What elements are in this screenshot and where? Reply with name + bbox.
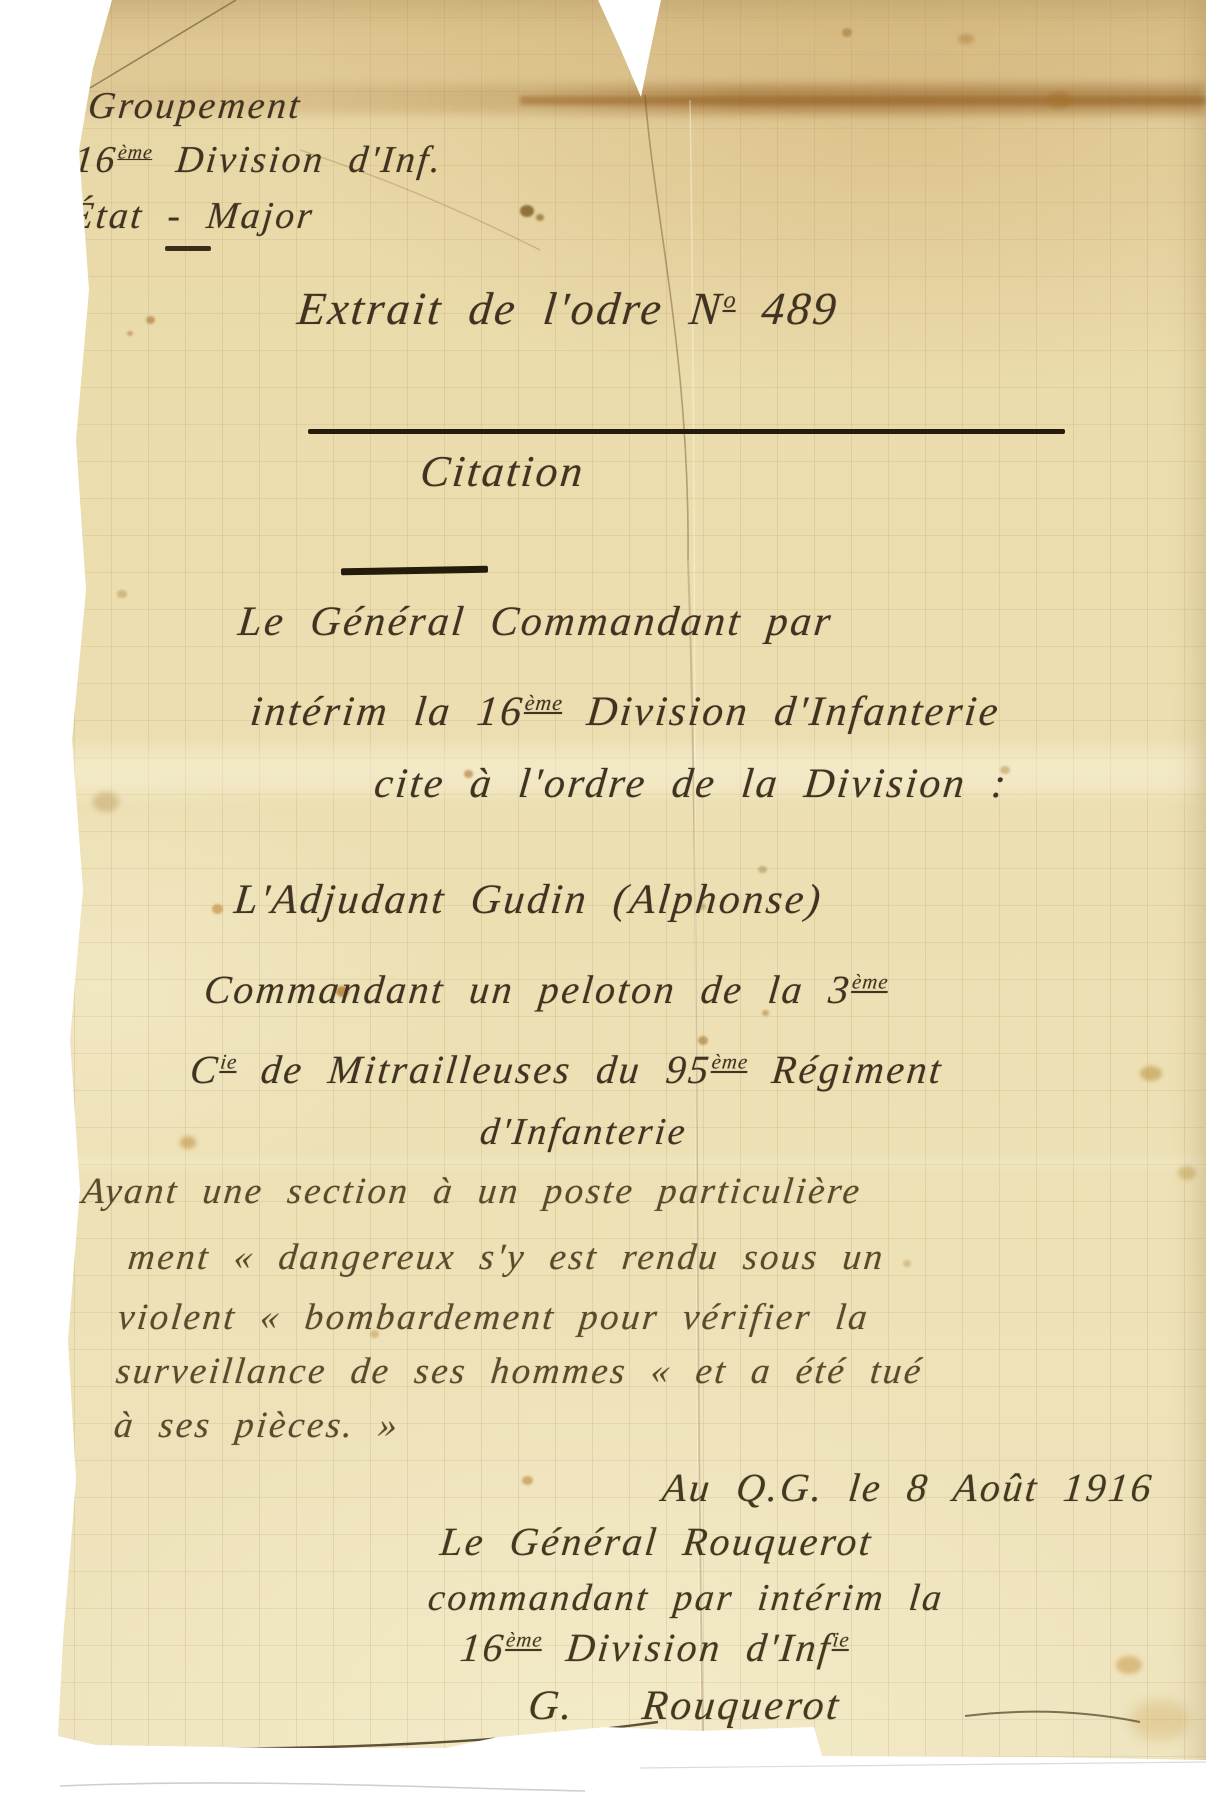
top-edge-tint — [0, 0, 1206, 85]
signature-line-1: Le Général Rouquerot — [438, 1518, 875, 1565]
signature-line-2: commandant par intérim la — [426, 1576, 946, 1620]
citation-text-line-5: à ses pièces. » — [112, 1404, 402, 1447]
citation-underline — [341, 566, 488, 576]
citation-text-line-1: Ayant une section à un poste particulièr… — [80, 1170, 864, 1213]
header-line-3: État - Major — [68, 194, 317, 238]
header-line-2: 16ème Division d'Inf. — [72, 138, 445, 182]
date-place-line: Au Q.G. le 8 Août 1916 — [660, 1464, 1156, 1511]
unit-line-2: Cie de Mitrailleuses du 95ème Régiment — [188, 1046, 946, 1093]
citation-intro-line-1: Le Général Commandant par — [236, 598, 835, 646]
citation-intro-line-3: cite à l'ordre de la Division : — [372, 760, 1011, 808]
header-underline-dash — [165, 246, 211, 251]
honoree-line: L'Adjudant Gudin (Alphonse) — [232, 876, 825, 924]
document-paper: Groupement 16ème Division d'Inf. État - … — [0, 0, 1206, 1794]
citation-text-line-4: surveillance de ses hommes « et a été tu… — [114, 1350, 925, 1393]
signature-name: G. Rouquerot — [526, 1682, 843, 1730]
unit-line-1: Commandant un peloton de la 3ème — [202, 966, 890, 1013]
top-fold-stain-line — [520, 96, 1206, 105]
header-line-1: Groupement — [86, 84, 304, 128]
lower-crease-band — [0, 1158, 1206, 1168]
signature-line-3: 16ème Division d'Infie — [458, 1624, 851, 1671]
order-title: Extrait de l'odre No 489 — [295, 282, 841, 335]
citation-heading: Citation — [418, 446, 588, 497]
citation-intro-line-2: intérim la 16ème Division d'Infanterie — [248, 688, 1003, 736]
citation-text-line-2: ment « dangereux s'y est rendu sous un — [126, 1236, 887, 1279]
title-rule — [308, 429, 1065, 434]
citation-text-line-3: violent « bombardement pour vérifier la — [116, 1296, 872, 1339]
unit-line-3: d'Infanterie — [478, 1110, 690, 1154]
